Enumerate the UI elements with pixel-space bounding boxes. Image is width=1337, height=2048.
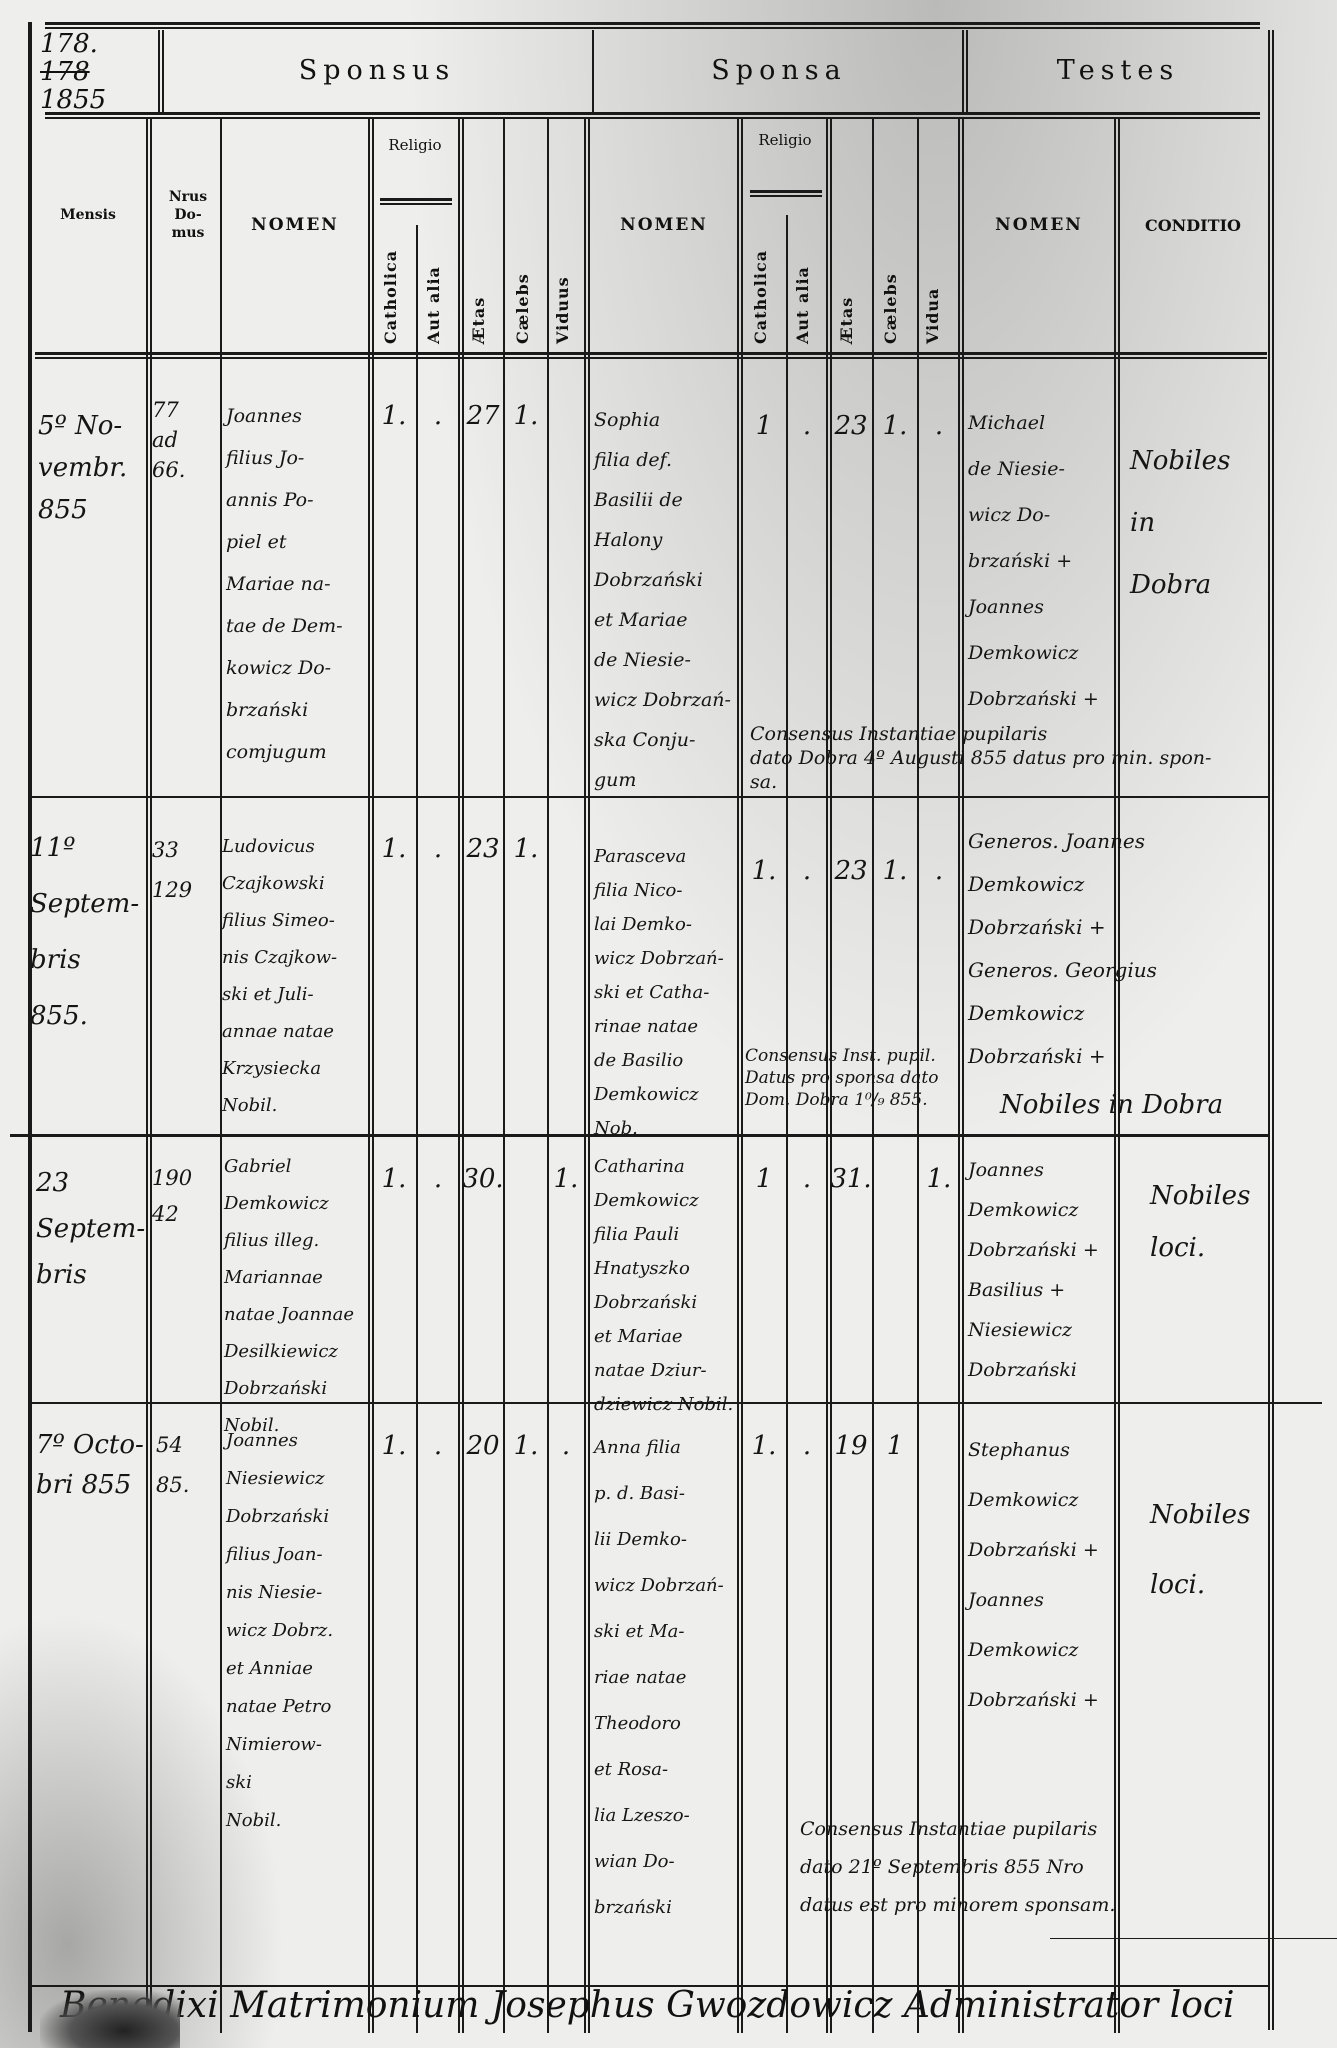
sponsus-catholica: 1. xyxy=(372,1158,416,1200)
page-number-struck: 178 xyxy=(40,58,155,86)
entry-date: 11º Septem- bris 855. xyxy=(30,820,142,1044)
sponsa-vidua: 1. xyxy=(920,1158,958,1200)
entry-date: 7º Octo- bri 855 xyxy=(36,1425,146,1505)
entry-house-number: 33 129 xyxy=(152,830,218,910)
super-header-testes: Testes xyxy=(968,25,1268,115)
col-header-testes-conditio: CONDITIO xyxy=(1120,205,1266,245)
col-line-sponsus-viduus xyxy=(584,118,590,2033)
col-header-sponsus-aetas: Ætas xyxy=(469,297,488,344)
sponsus-viduus: 1. xyxy=(548,1158,584,1200)
col-header-sponsus-caelebs: Cælebs xyxy=(513,273,532,344)
testes-conditio: Nobiles in Dobra xyxy=(1000,1090,1270,1120)
priest-signature: Benedixi Matrimonium Josephus Gwozdowicz… xyxy=(60,1985,1235,2026)
col-header-sponsa-aetas: Ætas xyxy=(837,297,856,344)
testes-name: Generos. Joannes Demkowicz Dobrzański + … xyxy=(968,820,1268,1078)
sponsa-aetas: 23 xyxy=(830,405,872,447)
sponsa-caelebs: 1 xyxy=(874,1425,916,1467)
sponsa-vidua: . xyxy=(920,405,958,447)
sponsus-aetas: 30. xyxy=(462,1158,504,1200)
col-header-sponsus-viduus: Viduus xyxy=(553,276,572,344)
ink-blot xyxy=(40,1990,180,2048)
register-page: 178. 178 1855 Sponsus Sponsa Testes Mens… xyxy=(0,0,1337,2048)
sponsus-catholica: 1. xyxy=(372,828,416,870)
col-header-sponsus-nomen: NOMEN xyxy=(224,205,366,245)
sponsus-viduus: . xyxy=(548,1425,584,1467)
consensus-note: Consensus Instantiae pupilaris dato 21º … xyxy=(800,1810,1115,1924)
col-line-sponsa-cath xyxy=(786,215,788,2033)
sponsus-name: Joannes Niesiewicz Dobrzański filius Joa… xyxy=(226,1422,372,1840)
sponsus-aetas: 23 xyxy=(462,828,504,870)
testes-conditio: Nobiles loci. xyxy=(1150,1170,1265,1274)
super-header-sponsa: Sponsa xyxy=(596,25,962,115)
sponsus-aut-alia: . xyxy=(418,1425,458,1467)
sponsa-caelebs: 1. xyxy=(874,850,916,892)
sponsus-name: Ludovicus Czajkowski filius Simeo- nis C… xyxy=(222,828,368,1124)
entry-date: 23 Septem- bris xyxy=(36,1160,146,1298)
col-line-sponsus-cath xyxy=(416,225,418,2033)
sponsus-catholica: 1. xyxy=(372,395,416,437)
col-line-sponsus-caelebs xyxy=(547,118,549,2033)
sponsus-caelebs: 1. xyxy=(506,828,546,870)
testes-name: Joannes Demkowicz Dobrzański + Basilius … xyxy=(968,1150,1118,1390)
sponsus-catholica: 1. xyxy=(372,1425,416,1467)
sponsa-religio-rule xyxy=(750,190,822,197)
page-number-current: 178. xyxy=(40,30,155,58)
col-header-sponsa-nomen: NOMEN xyxy=(592,205,736,245)
testes-name: Michael de Niesie- wicz Do- brzański + J… xyxy=(968,400,1118,722)
col-header-nrus-domus: Nrus Do-mus xyxy=(160,170,216,260)
col-header-sponsa-catholica: Catholica xyxy=(751,250,770,344)
consensus-note: Consensus Inst. pupil. Datus pro sponsa … xyxy=(745,1045,938,1111)
sponsus-aetas: 20 xyxy=(462,1425,504,1467)
col-header-mensis: Mensis xyxy=(32,190,144,240)
sponsa-aetas: 19 xyxy=(830,1425,872,1467)
sponsus-aut-alia: . xyxy=(418,1158,458,1200)
col-header-sponsa-aut-alia: Aut alia xyxy=(793,266,812,344)
sponsa-aut-alia: . xyxy=(788,1158,826,1200)
right-border xyxy=(1268,30,1274,2030)
testes-conditio: Nobiles in Dobra xyxy=(1130,430,1265,616)
col-header-testes-nomen: NOMEN xyxy=(965,205,1113,245)
sponsa-aetas: 23 xyxy=(830,850,872,892)
col-header-sponsus-religio: Religio xyxy=(374,125,456,165)
sponsa-name: Catharina Demkowicz filia Pauli Hnatyszk… xyxy=(594,1150,738,1422)
sponsa-aut-alia: . xyxy=(788,850,826,892)
testes-conditio: Nobiles loci. xyxy=(1150,1480,1265,1620)
sponsa-catholica: 1 xyxy=(742,405,786,447)
sponsa-catholica: 1 xyxy=(742,1158,786,1200)
sponsa-aut-alia: . xyxy=(788,1425,826,1467)
sponsa-catholica: 1. xyxy=(742,850,786,892)
col-header-sponsa-caelebs: Cælebs xyxy=(881,273,900,344)
sponsa-caelebs: 1. xyxy=(874,405,916,447)
col-header-sponsus-aut-alia: Aut alia xyxy=(424,266,443,344)
sponsa-catholica: 1. xyxy=(742,1425,786,1467)
sponsus-caelebs: 1. xyxy=(506,1425,546,1467)
entry-house-number: 77 ad 66. xyxy=(152,395,218,485)
sponsa-name: Parasceva filia Nico- lai Demko- wicz Do… xyxy=(594,840,738,1146)
sponsa-name: Anna filia p. d. Basi- lii Demko- wicz D… xyxy=(594,1425,738,1931)
col-header-sponsa-vidua: Vidua xyxy=(923,288,942,344)
sponsa-vidua: . xyxy=(920,850,958,892)
col-header-sponsa-religio: Religio xyxy=(744,120,826,160)
consensus-note: Consensus Instantiae pupilaris dato Dobr… xyxy=(750,722,1211,794)
sponsus-aut-alia: . xyxy=(418,395,458,437)
sponsus-name: Joannes filius Jo- annis Po- piel et Mar… xyxy=(226,395,368,773)
testes-name: Stephanus Demkowicz Dobrzański + Joannes… xyxy=(968,1425,1118,1725)
col-line-sponsa-vidua xyxy=(958,118,964,2033)
entry-house-number: 190 42 xyxy=(152,1160,218,1232)
row-4-note-rule xyxy=(1050,1938,1337,1939)
sponsus-aut-alia: . xyxy=(418,828,458,870)
sponsus-name: Gabriel Demkowicz filius illeg. Marianna… xyxy=(224,1148,370,1444)
sponsus-caelebs: 1. xyxy=(506,395,546,437)
entry-date: 5º No- vembr. 855 xyxy=(38,405,143,531)
super-header-sponsus: Sponsus xyxy=(162,25,592,115)
sponsus-aetas: 27 xyxy=(462,395,504,437)
sponsa-aut-alia: . xyxy=(788,405,826,447)
sponsus-religio-rule xyxy=(380,198,452,205)
entry-house-number: 54 85. xyxy=(156,1425,218,1505)
super-sep-2 xyxy=(592,30,594,115)
page-number: 178. 178 1855 xyxy=(40,30,155,114)
page-year: 1855 xyxy=(40,86,155,114)
sponsa-name: Sophia filia def. Basilii de Halony Dobr… xyxy=(594,400,738,800)
sponsa-aetas: 31. xyxy=(830,1158,872,1200)
col-header-sponsus-catholica: Catholica xyxy=(381,250,400,344)
